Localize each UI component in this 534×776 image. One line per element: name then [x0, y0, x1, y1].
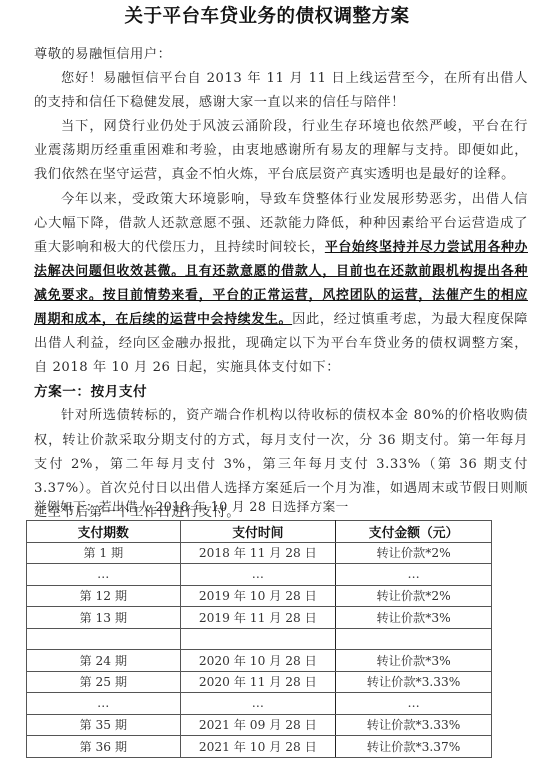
cell-date: … — [180, 564, 336, 586]
cell-period: … — [27, 564, 181, 586]
table-header-row: 支付期数 支付时间 支付金额（元） — [27, 521, 492, 543]
cell-amount: 转让价款*3% — [336, 650, 492, 672]
table-row: 第 35 期 2021 年 09 月 28 日 转让价款*3.33% — [27, 714, 492, 736]
cell-date: 2019 年 10 月 28 日 — [180, 585, 336, 607]
table-row: 第 1 期 2018 年 11 月 28 日 转让价款*2% — [27, 542, 492, 564]
example-intro: 举例如下：若出借人 2018 年 10 月 28 日选择方案一 — [34, 496, 349, 515]
header-date: 支付时间 — [180, 521, 336, 543]
payment-schedule-table: 支付期数 支付时间 支付金额（元） 第 1 期 2018 年 11 月 28 日… — [26, 520, 492, 758]
cell-date: 2018 年 11 月 28 日 — [180, 542, 336, 564]
cell-period: 第 25 期 — [27, 671, 181, 693]
cell-amount — [336, 628, 492, 650]
cell-period: … — [27, 693, 181, 715]
cell-period — [27, 628, 181, 650]
cell-amount: 转让价款*3.33% — [336, 714, 492, 736]
document-title: 关于平台车贷业务的债权调整方案 — [0, 2, 534, 28]
cell-period: 第 1 期 — [27, 542, 181, 564]
cell-period: 第 35 期 — [27, 714, 181, 736]
salutation: 尊敬的易融恒信用户： — [34, 43, 528, 67]
cell-amount: 转让价款*3.33% — [336, 671, 492, 693]
cell-amount: 转让价款*2% — [336, 585, 492, 607]
cell-amount: … — [336, 693, 492, 715]
table-row: 第 36 期 2021 年 10 月 28 日 转让价款*3.37% — [27, 736, 492, 758]
cell-date: 2021 年 10 月 28 日 — [180, 736, 336, 758]
cell-amount: 转让价款*3% — [336, 607, 492, 629]
paragraph-industry-status: 当下，网贷行业仍处于风波云涌阶段，行业生存环境也依然严峻，平台在行业震荡期历经重… — [34, 115, 528, 187]
table-row: … … … — [27, 564, 492, 586]
cell-date: … — [180, 693, 336, 715]
table-row — [27, 628, 492, 650]
cell-date: 2020 年 10 月 28 日 — [180, 650, 336, 672]
paragraph-adjustment-reason: 今年以来，受政策大环境影响，导致车贷整体行业发展形势恶劣，出借人信心大幅下降，借… — [34, 188, 528, 381]
cell-date: 2021 年 09 月 28 日 — [180, 714, 336, 736]
cell-amount: … — [336, 564, 492, 586]
plan-one-heading: 方案一：按月支付 — [34, 380, 528, 404]
header-period: 支付期数 — [27, 521, 181, 543]
document-body: 尊敬的易融恒信用户： 您好！易融恒信平台自 2013 年 11 月 11 日上线… — [34, 43, 528, 525]
cell-period: 第 13 期 — [27, 607, 181, 629]
cell-amount: 转让价款*2% — [336, 542, 492, 564]
table-row: 第 12 期 2019 年 10 月 28 日 转让价款*2% — [27, 585, 492, 607]
table-row: 第 24 期 2020 年 10 月 28 日 转让价款*3% — [27, 650, 492, 672]
cell-date: 2019 年 11 月 28 日 — [180, 607, 336, 629]
paragraph-greeting: 您好！易融恒信平台自 2013 年 11 月 11 日上线运营至今，在所有出借人… — [34, 67, 528, 115]
cell-period: 第 36 期 — [27, 736, 181, 758]
cell-period: 第 24 期 — [27, 650, 181, 672]
cell-period: 第 12 期 — [27, 585, 181, 607]
table-row: 第 13 期 2019 年 11 月 28 日 转让价款*3% — [27, 607, 492, 629]
header-amount: 支付金额（元） — [336, 521, 492, 543]
cell-date — [180, 628, 336, 650]
table-row: … … … — [27, 693, 492, 715]
cell-date: 2020 年 11 月 28 日 — [180, 671, 336, 693]
cell-amount: 转让价款*3.37% — [336, 736, 492, 758]
table-row: 第 25 期 2020 年 11 月 28 日 转让价款*3.33% — [27, 671, 492, 693]
